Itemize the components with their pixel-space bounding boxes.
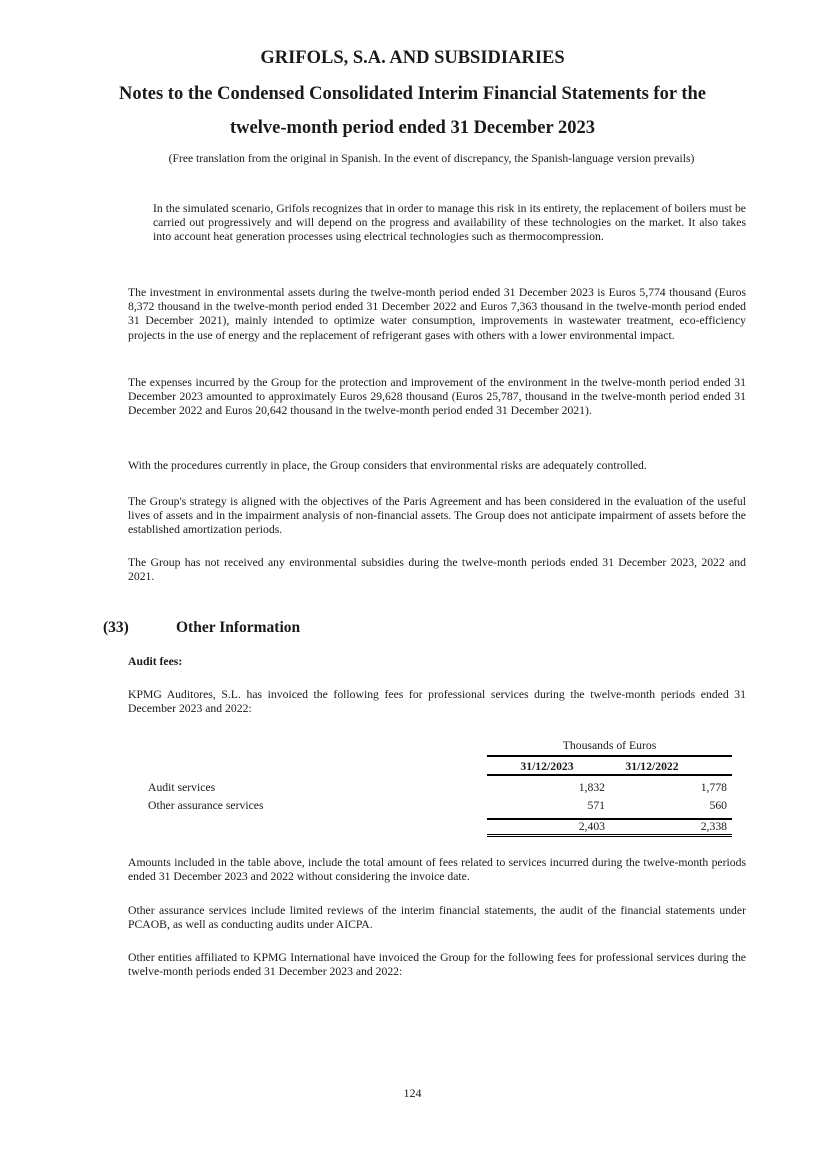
table-rule-top bbox=[487, 755, 732, 757]
paragraph-simulated-scenario: In the simulated scenario, Grifols recog… bbox=[153, 202, 746, 245]
total-value-2023: 2,403 bbox=[495, 820, 605, 833]
page-number: 124 bbox=[0, 1086, 825, 1101]
paragraph-subsidies: The Group has not received any environme… bbox=[128, 556, 746, 584]
paragraph-amounts-included: Amounts included in the table above, inc… bbox=[128, 856, 746, 884]
row-label: Audit services bbox=[148, 781, 215, 794]
row-value-2023: 571 bbox=[495, 799, 605, 812]
paragraph-kpmg-intro: KPMG Auditores, S.L. has invoiced the fo… bbox=[128, 688, 746, 716]
table-rule-bottom bbox=[487, 834, 732, 835]
translation-note: (Free translation from the original in S… bbox=[0, 152, 825, 165]
table-caption: Thousands of Euros bbox=[487, 739, 732, 752]
paragraph-other-assurance: Other assurance services include limited… bbox=[128, 904, 746, 932]
document-title-line2: twelve-month period ended 31 December 20… bbox=[0, 118, 825, 139]
document-title-line1: Notes to the Condensed Consolidated Inte… bbox=[0, 84, 825, 105]
row-value-2023: 1,832 bbox=[495, 781, 605, 794]
section-number: (33) bbox=[103, 619, 129, 637]
table-rule-header bbox=[487, 774, 732, 776]
company-title: GRIFOLS, S.A. AND SUBSIDIARIES bbox=[0, 48, 825, 69]
paragraph-kpmg-affiliates: Other entities affiliated to KPMG Intern… bbox=[128, 951, 746, 979]
column-header-2022: 31/12/2022 bbox=[597, 760, 707, 773]
row-label: Other assurance services bbox=[148, 799, 264, 812]
section-title: Other Information bbox=[176, 619, 300, 637]
row-value-2022: 560 bbox=[617, 799, 727, 812]
audit-fees-subheading: Audit fees: bbox=[128, 655, 182, 668]
paragraph-risk-control: With the procedures currently in place, … bbox=[128, 459, 746, 473]
paragraph-environmental-expenses: The expenses incurred by the Group for t… bbox=[128, 376, 746, 419]
table-rule-bottom-double bbox=[487, 836, 732, 837]
paragraph-environmental-investment: The investment in environmental assets d… bbox=[128, 286, 746, 343]
column-header-2023: 31/12/2023 bbox=[492, 760, 602, 773]
paragraph-paris-agreement: The Group's strategy is aligned with the… bbox=[128, 495, 746, 538]
total-value-2022: 2,338 bbox=[617, 820, 727, 833]
row-value-2022: 1,778 bbox=[617, 781, 727, 794]
